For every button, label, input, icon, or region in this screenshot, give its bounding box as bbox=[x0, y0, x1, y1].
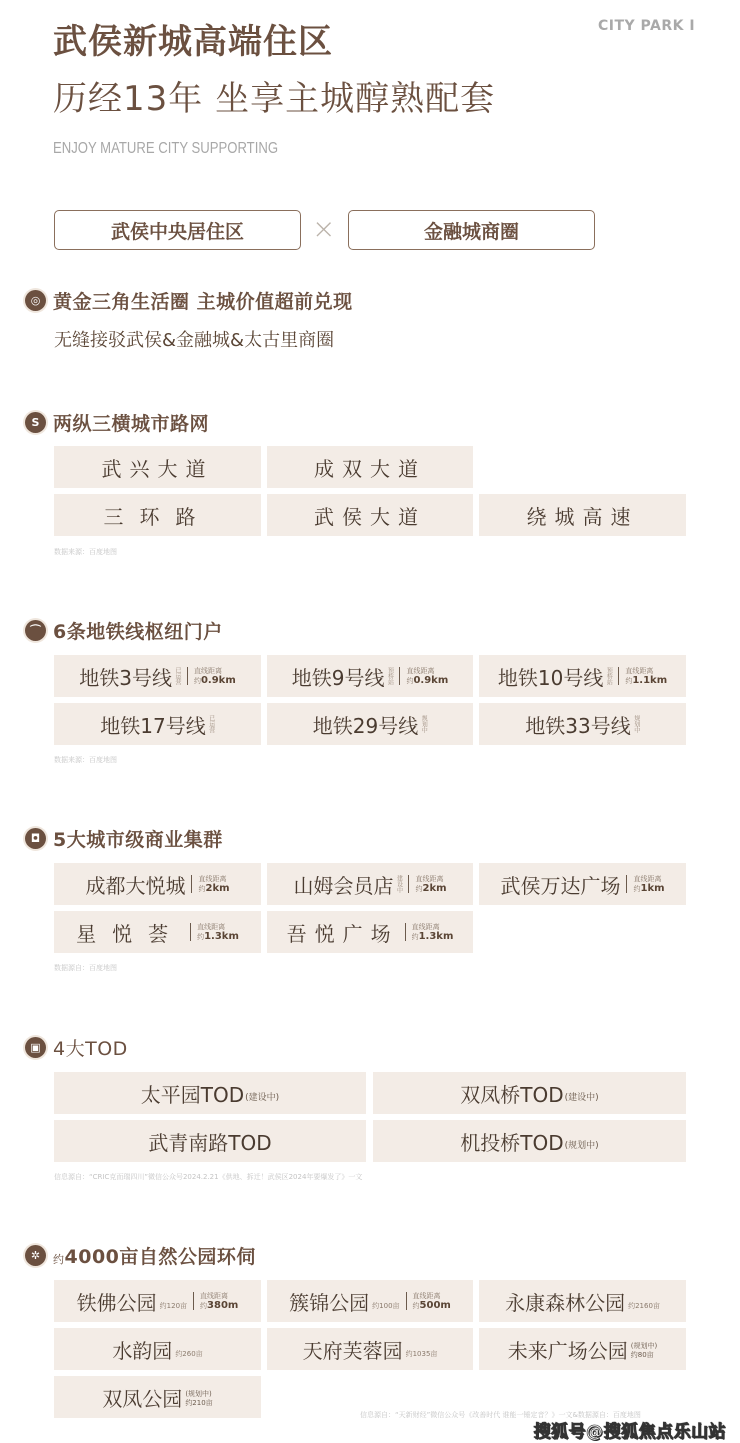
section-title: 约4000亩自然公园环伺 bbox=[53, 1242, 256, 1269]
commerce-item: 山姆会员店 建设中 直线距离约2km bbox=[267, 863, 473, 905]
section-title: 黄金三角生活圈 主城价值超前兑现 bbox=[53, 287, 353, 314]
park-item: 水韵园 约260亩 bbox=[54, 1328, 261, 1370]
status-note: (建设中) bbox=[245, 1090, 279, 1103]
status-tag: 规划中 bbox=[420, 715, 427, 733]
distance-info: 直线距离约2km bbox=[415, 874, 446, 894]
divider bbox=[399, 667, 400, 685]
status-tag: 预桥站 bbox=[605, 667, 612, 685]
metro-icon: ⌒ bbox=[25, 620, 46, 641]
leaf-icon: ✲ bbox=[25, 1245, 46, 1266]
data-source-note: 信息源自：“CRIC克而瑞四川”微信公众号2024.2.21《供地、拆迁！武侯区… bbox=[54, 1172, 362, 1182]
park-item: 永康森林公园 约2160亩 bbox=[479, 1280, 686, 1322]
park-status-area: (规划中)约210亩 bbox=[185, 1390, 212, 1408]
distance-info: 直线距离约1.3km bbox=[197, 922, 239, 942]
english-tagline: ENJOY MATURE CITY SUPPORTING bbox=[53, 140, 278, 158]
park-area: 约120亩 bbox=[160, 1301, 187, 1311]
divider bbox=[191, 875, 192, 893]
road-item: 绕城高速 bbox=[479, 494, 686, 536]
section-golden-triangle-header: ◎ 黄金三角生活圈 主城价值超前兑现 bbox=[25, 287, 353, 313]
divider bbox=[406, 1292, 407, 1310]
park-item: 未来广场公园 (规划中)约80亩 bbox=[479, 1328, 686, 1370]
status-tag: 预桥站 bbox=[386, 667, 393, 685]
distance-info: 直线距离约1.1km bbox=[625, 666, 667, 686]
metro-line-item: 地铁33号线 规划中 bbox=[479, 703, 686, 745]
divider bbox=[190, 923, 191, 941]
tod-item: 武青南路TOD bbox=[54, 1120, 366, 1162]
park-status-area: (规划中)约80亩 bbox=[631, 1342, 657, 1360]
commerce-item: 成都大悦城 直线距离约2km bbox=[54, 863, 261, 905]
train-icon: ▣ bbox=[25, 1037, 46, 1058]
brand-logo: CITY PARK I bbox=[598, 18, 695, 34]
section-description: 无缝接驳武侯&金融城&太古里商圈 bbox=[54, 326, 334, 352]
page-title: 武侯新城高端住区 bbox=[53, 20, 333, 64]
commerce-item: 星悦荟 直线距离约1.3km bbox=[54, 911, 261, 953]
park-area: 约100亩 bbox=[372, 1301, 399, 1311]
park-area: 约1035亩 bbox=[406, 1349, 438, 1359]
section-parks-header: ✲ 约4000亩自然公园环伺 bbox=[25, 1242, 256, 1268]
coin-icon: ◎ bbox=[25, 290, 46, 311]
section-title: 6条地铁线枢纽门户 bbox=[53, 617, 223, 644]
park-item: 双凤公园 (规划中)约210亩 bbox=[54, 1376, 261, 1418]
distance-info: 直线距离约2km bbox=[198, 874, 229, 894]
data-source-note: 数据来源：百度地图 bbox=[54, 755, 117, 765]
commerce-item: 武侯万达广场 直线距离约1km bbox=[479, 863, 686, 905]
road-item: 武侯大道 bbox=[267, 494, 473, 536]
cross-icon: × bbox=[312, 214, 335, 244]
distance-info: 直线距离约500m bbox=[413, 1291, 451, 1311]
distance-info: 直线距离约1km bbox=[633, 874, 664, 894]
metro-line-item: 地铁10号线 预桥站 直线距离约1.1km bbox=[479, 655, 686, 697]
metro-line-item: 地铁29号线 规划中 bbox=[267, 703, 473, 745]
status-note: (规划中) bbox=[565, 1138, 599, 1151]
section-title: 4大TOD bbox=[53, 1034, 128, 1061]
divider bbox=[193, 1292, 194, 1310]
distance-info: 直线距离约380m bbox=[200, 1291, 238, 1311]
park-area: 约260亩 bbox=[175, 1349, 202, 1359]
divider bbox=[405, 923, 406, 941]
status-tag: 已运营 bbox=[208, 715, 215, 733]
status-tag: 规划中 bbox=[633, 715, 640, 733]
road-icon: S bbox=[25, 412, 46, 433]
divider bbox=[626, 875, 627, 893]
commerce-item: 吾悦广场 直线距离约1.3km bbox=[267, 911, 473, 953]
watermark: 搜狐号@搜狐焦点乐山站 bbox=[534, 1417, 727, 1442]
park-item: 铁佛公园 约120亩 直线距离约380m bbox=[54, 1280, 261, 1322]
data-source-note: 数据源自：百度地图 bbox=[54, 963, 117, 973]
status-note: (建设中) bbox=[565, 1090, 599, 1103]
road-item: 三环路 bbox=[54, 494, 261, 536]
divider bbox=[618, 667, 619, 685]
pill-residential-zone: 武侯中央居住区 bbox=[54, 210, 301, 250]
status-tag: 建设中 bbox=[395, 875, 402, 893]
shopping-icon: ◘ bbox=[25, 828, 46, 849]
status-tag: 已运营 bbox=[174, 667, 181, 685]
road-item: 成双大道 bbox=[267, 446, 473, 488]
tod-item: 太平园TOD (建设中) bbox=[54, 1072, 366, 1114]
metro-line-item: 地铁9号线 预桥站 直线距离约0.9km bbox=[267, 655, 473, 697]
pill-financial-district: 金融城商圈 bbox=[348, 210, 595, 250]
distance-info: 直线距离约0.9km bbox=[406, 666, 448, 686]
section-commerce-header: ◘ 5大城市级商业集群 bbox=[25, 825, 223, 851]
park-item: 簇锦公园 约100亩 直线距离约500m bbox=[267, 1280, 473, 1322]
metro-line-item: 地铁17号线 已运营 bbox=[54, 703, 261, 745]
divider bbox=[187, 667, 188, 685]
tod-item: 双凤桥TOD (建设中) bbox=[373, 1072, 686, 1114]
metro-line-item: 地铁3号线 已运营 直线距离约0.9km bbox=[54, 655, 261, 697]
section-metro-header: ⌒ 6条地铁线枢纽门户 bbox=[25, 617, 223, 643]
tod-item: 机投桥TOD (规划中) bbox=[373, 1120, 686, 1162]
divider bbox=[408, 875, 409, 893]
road-item: 武兴大道 bbox=[54, 446, 261, 488]
data-source-note: 数据来源：百度地图 bbox=[54, 547, 117, 557]
park-area: 约2160亩 bbox=[628, 1301, 660, 1311]
page-subtitle: 历经13年 坐享主城醇熟配套 bbox=[53, 76, 495, 122]
park-item: 天府芙蓉园 约1035亩 bbox=[267, 1328, 473, 1370]
section-roads-header: S 两纵三横城市路网 bbox=[25, 409, 209, 435]
section-tod-header: ▣ 4大TOD bbox=[25, 1034, 128, 1060]
distance-info: 直线距离约0.9km bbox=[194, 666, 236, 686]
section-title: 两纵三横城市路网 bbox=[53, 409, 209, 436]
distance-info: 直线距离约1.3km bbox=[412, 922, 454, 942]
section-title: 5大城市级商业集群 bbox=[53, 825, 223, 852]
